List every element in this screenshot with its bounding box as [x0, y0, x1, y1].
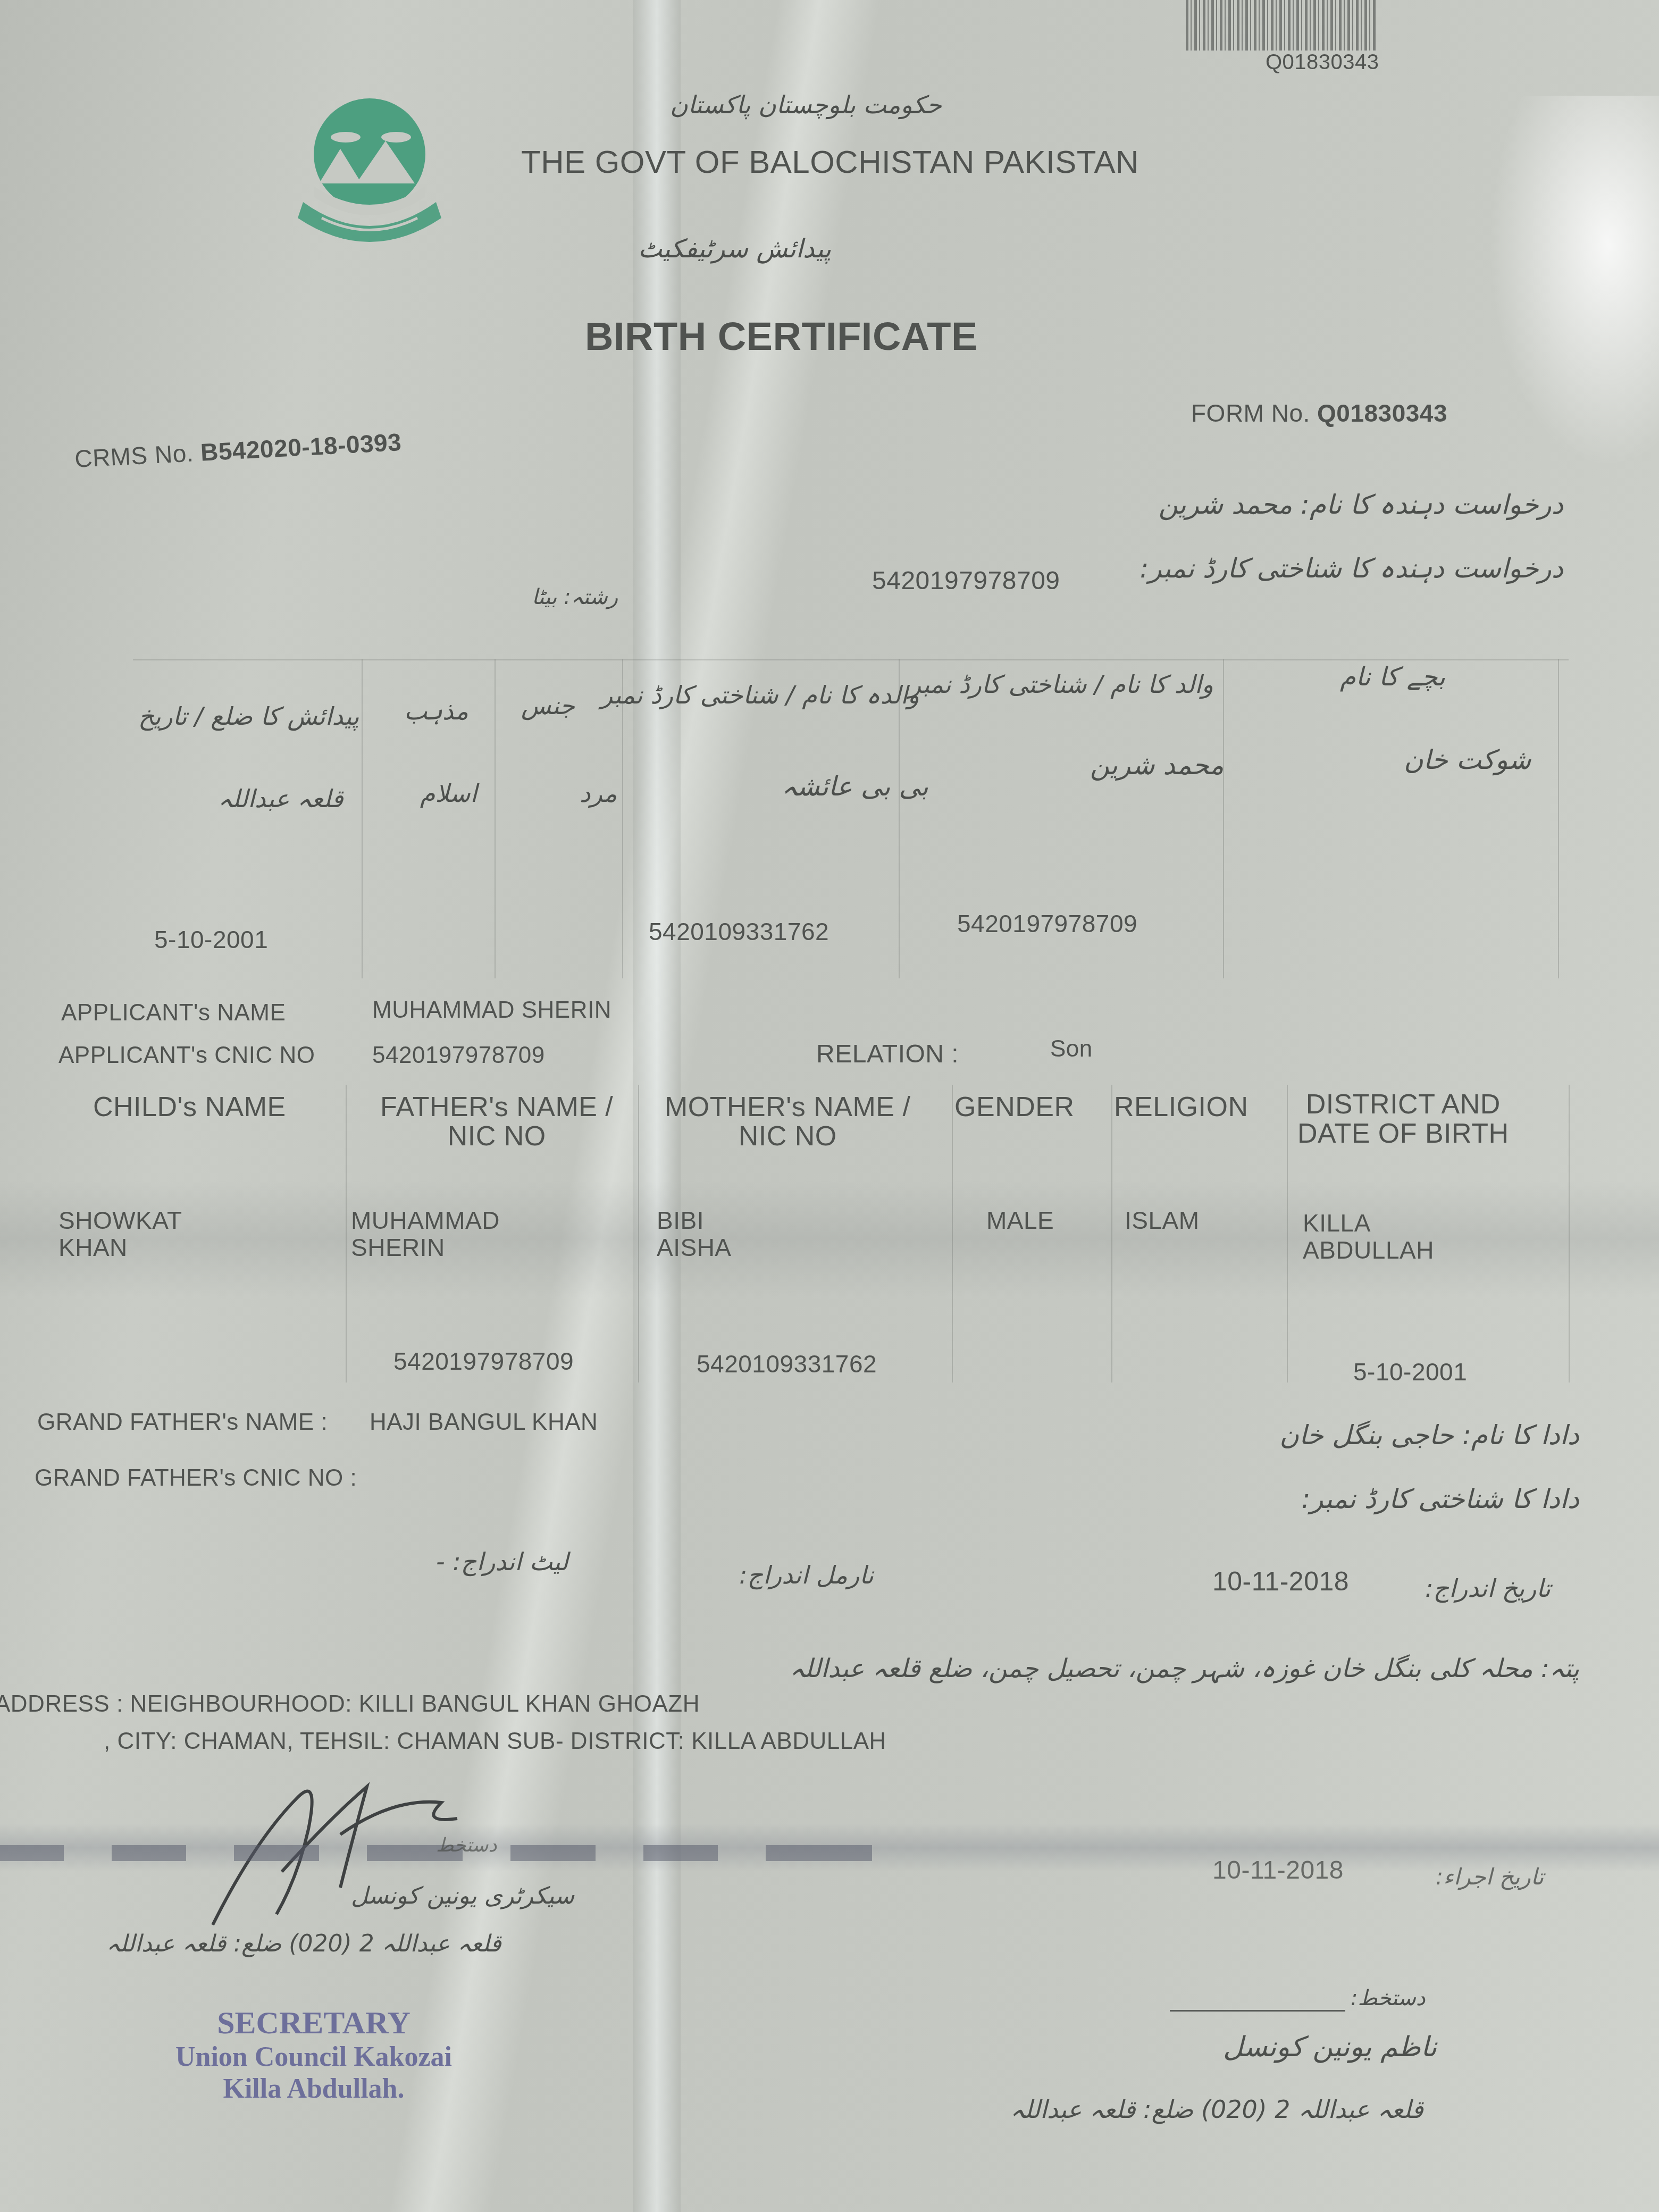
late-registration: لیٹ اندراج: - [436, 1547, 568, 1576]
mother-name: BIBI AISHA [657, 1207, 732, 1261]
urdu-government-heading: حکومت بلوچستان پاکستان [670, 90, 942, 119]
father-name-last: SHERIN [351, 1234, 500, 1261]
urdu-relation-value: بیٹا [532, 585, 557, 609]
secretary-location-urdu: قلعہ عبداللہ 2 (020) ضلع: قلعہ عبداللہ [106, 1930, 501, 1957]
father-name: MUHAMMAD SHERIN [351, 1207, 500, 1261]
urdu-applicant-name-label: درخواست دہندہ کا نام: [1301, 489, 1563, 520]
urdu-child-name: شوکت خان [1404, 744, 1531, 775]
urdu-header-district-dob: پیدائش کا ضلع / تاریخ [138, 702, 359, 731]
date-of-birth: 5-10-2001 [1353, 1359, 1467, 1386]
urdu-grandfather-cnic: دادا کا شناختی کارڈ نمبر: [1301, 1484, 1579, 1514]
header-mother: MOTHER's NAME / NIC NO [665, 1093, 910, 1151]
issue-date: 10-11-2018 [1212, 1856, 1344, 1885]
form-number: FORM No. Q01830343 [1191, 399, 1447, 428]
urdu-applicant-cnic-value: 5420197978709 [872, 566, 1060, 596]
stamp-line-secretary: SECRETARY [122, 2005, 505, 2041]
mother-cnic: 5420109331762 [697, 1351, 877, 1378]
form-number-label: FORM No. [1191, 399, 1310, 427]
nazim-title-urdu: ناظم یونین کونسل [1223, 2031, 1437, 2063]
registration-date-value: 10-11-2018 [1212, 1566, 1349, 1597]
header-father-line1: FATHER's NAME / [380, 1093, 613, 1122]
urdu-header-child-name: بچے کا نام [1340, 662, 1445, 692]
balochistan-emblem-icon [282, 90, 457, 250]
address-line2: , CITY: CHAMAN, TEHSIL: CHAMAN SUB- DIST… [104, 1728, 886, 1755]
grandfather-cnic-label: GRAND FATHER's CNIC NO : [35, 1465, 357, 1492]
header-mother-line2: NIC NO [665, 1122, 910, 1151]
grandfather-name-value: HAJI BANGUL KHAN [370, 1409, 598, 1436]
father-name-first: MUHAMMAD [351, 1207, 500, 1234]
district-value: KILLA ABDULLAH [1303, 1210, 1434, 1263]
secretary-title-urdu: سیکرٹری یونین کونسل [351, 1882, 574, 1909]
applicant-name-label: APPLICANT's NAME [61, 1000, 286, 1026]
urdu-header-father: والد کا نام / شناختی کارڈ نمبر [909, 670, 1213, 699]
urdu-certificate-title: پیدائش سرٹیفکیٹ [638, 234, 831, 264]
crms-number-value: B542020-18-0393 [200, 428, 403, 466]
urdu-religion: اسلام [420, 779, 477, 808]
urdu-header-gender: جنس [521, 691, 575, 720]
header-district-line2: DATE OF BIRTH [1297, 1119, 1509, 1149]
header-district-dob: DISTRICT AND DATE OF BIRTH [1297, 1090, 1509, 1148]
urdu-applicant-name-value: محمد شرین [1159, 489, 1293, 520]
urdu-address: پتہ: محلہ کلی بنگل خان غوزہ، شہر چمن، تح… [790, 1654, 1579, 1683]
stamp-line-district: Killa Abdullah. [122, 2073, 505, 2105]
urdu-dob: 5-10-2001 [154, 925, 268, 954]
header-father: FATHER's NAME / NIC NO [380, 1093, 613, 1151]
applicant-cnic-label: APPLICANT's CNIC NO [58, 1042, 315, 1069]
barcode [1186, 0, 1377, 51]
crms-number-label: CRMS No. [74, 439, 194, 473]
secretary-sign-label: دستخط [436, 1834, 497, 1856]
urdu-header-mother: والدہ کا نام / شناختی کارڈ نمبر [601, 681, 919, 709]
certificate-title: BIRTH CERTIFICATE [585, 314, 978, 359]
nazim-signature-line [1170, 2010, 1345, 2012]
district-line2: ABDULLAH [1303, 1237, 1434, 1264]
district-line1: KILLA [1303, 1210, 1434, 1237]
father-cnic: 5420197978709 [393, 1348, 574, 1375]
urdu-relation-label: رشتہ: [564, 585, 618, 609]
header-mother-line1: MOTHER's NAME / [665, 1093, 910, 1122]
form-number-value: Q01830343 [1317, 399, 1447, 427]
urdu-father-name: محمد شرین [1090, 750, 1224, 781]
government-heading: THE GOVT OF BALOCHISTAN PAKISTAN [521, 144, 1139, 180]
urdu-grandfather-name: دادا کا نام: حاجی بنگل خان [1279, 1420, 1579, 1451]
relation-value: Son [1050, 1036, 1093, 1062]
urdu-relation: رشتہ: بیٹا [532, 585, 618, 609]
photo-glare [1489, 96, 1659, 468]
mother-name-first: BIBI [657, 1207, 732, 1234]
crms-number: CRMS No. B542020-18-0393 [74, 428, 402, 473]
urdu-applicant-name: درخواست دہندہ کا نام: محمد شرین [1159, 489, 1563, 520]
registration-date-label: تاریخ اندراج: [1425, 1574, 1551, 1603]
urdu-header-religion: مذہب [404, 697, 468, 725]
child-name: SHOWKAT KHAN [58, 1207, 182, 1261]
header-father-line2: NIC NO [380, 1122, 613, 1151]
address-line1: ADDRESS : NEIGHBOURHOOD: KILLI BANGUL KH… [0, 1691, 700, 1717]
grandfather-name-label: GRAND FATHER's NAME : [37, 1409, 328, 1436]
urdu-gender: مرد [580, 779, 617, 808]
urdu-father-cnic: 5420197978709 [957, 909, 1137, 938]
issue-date-label: تاریخ اجراء: [1436, 1864, 1544, 1890]
applicant-name-value: MUHAMMAD SHERIN [372, 997, 611, 1024]
nazim-sign-label: دستخط: [1351, 1986, 1426, 2010]
child-name-first: SHOWKAT [58, 1207, 182, 1234]
late-registration-value: - [436, 1547, 445, 1576]
header-gender: GENDER [954, 1093, 1074, 1122]
header-child-name: CHILD's NAME [93, 1093, 286, 1122]
urdu-mother-name: بی بی عائشہ [782, 771, 928, 802]
nazim-location-urdu: قلعہ عبداللہ 2 (020) ضلع: قلعہ عبداللہ [1010, 2095, 1423, 2124]
gender-value: MALE [986, 1207, 1054, 1234]
late-registration-label: لیٹ اندراج: [453, 1547, 568, 1576]
religion-value: ISLAM [1125, 1207, 1200, 1234]
secretary-stamp: SECRETARY Union Council Kakozai Killa Ab… [122, 2005, 505, 2105]
faint-stamp-band [0, 1845, 1659, 1866]
urdu-mother-cnic: 5420109331762 [649, 917, 829, 946]
header-religion: RELIGION [1114, 1093, 1249, 1122]
mother-name-last: AISHA [657, 1234, 732, 1261]
header-district-line1: DISTRICT AND [1297, 1090, 1509, 1119]
relation-label: RELATION : [816, 1040, 959, 1069]
urdu-district: قلعہ عبداللہ [218, 784, 343, 813]
stamp-line-union-council: Union Council Kakozai [122, 2041, 505, 2073]
child-name-last: KHAN [58, 1234, 182, 1261]
normal-registration-label: نارمل اندراج: [739, 1561, 874, 1589]
barcode-number: Q01830343 [1266, 51, 1379, 74]
urdu-applicant-cnic-label: درخواست دہندہ کا شناختی کارڈ نمبر: [1140, 553, 1563, 584]
applicant-cnic-value: 5420197978709 [372, 1042, 545, 1069]
